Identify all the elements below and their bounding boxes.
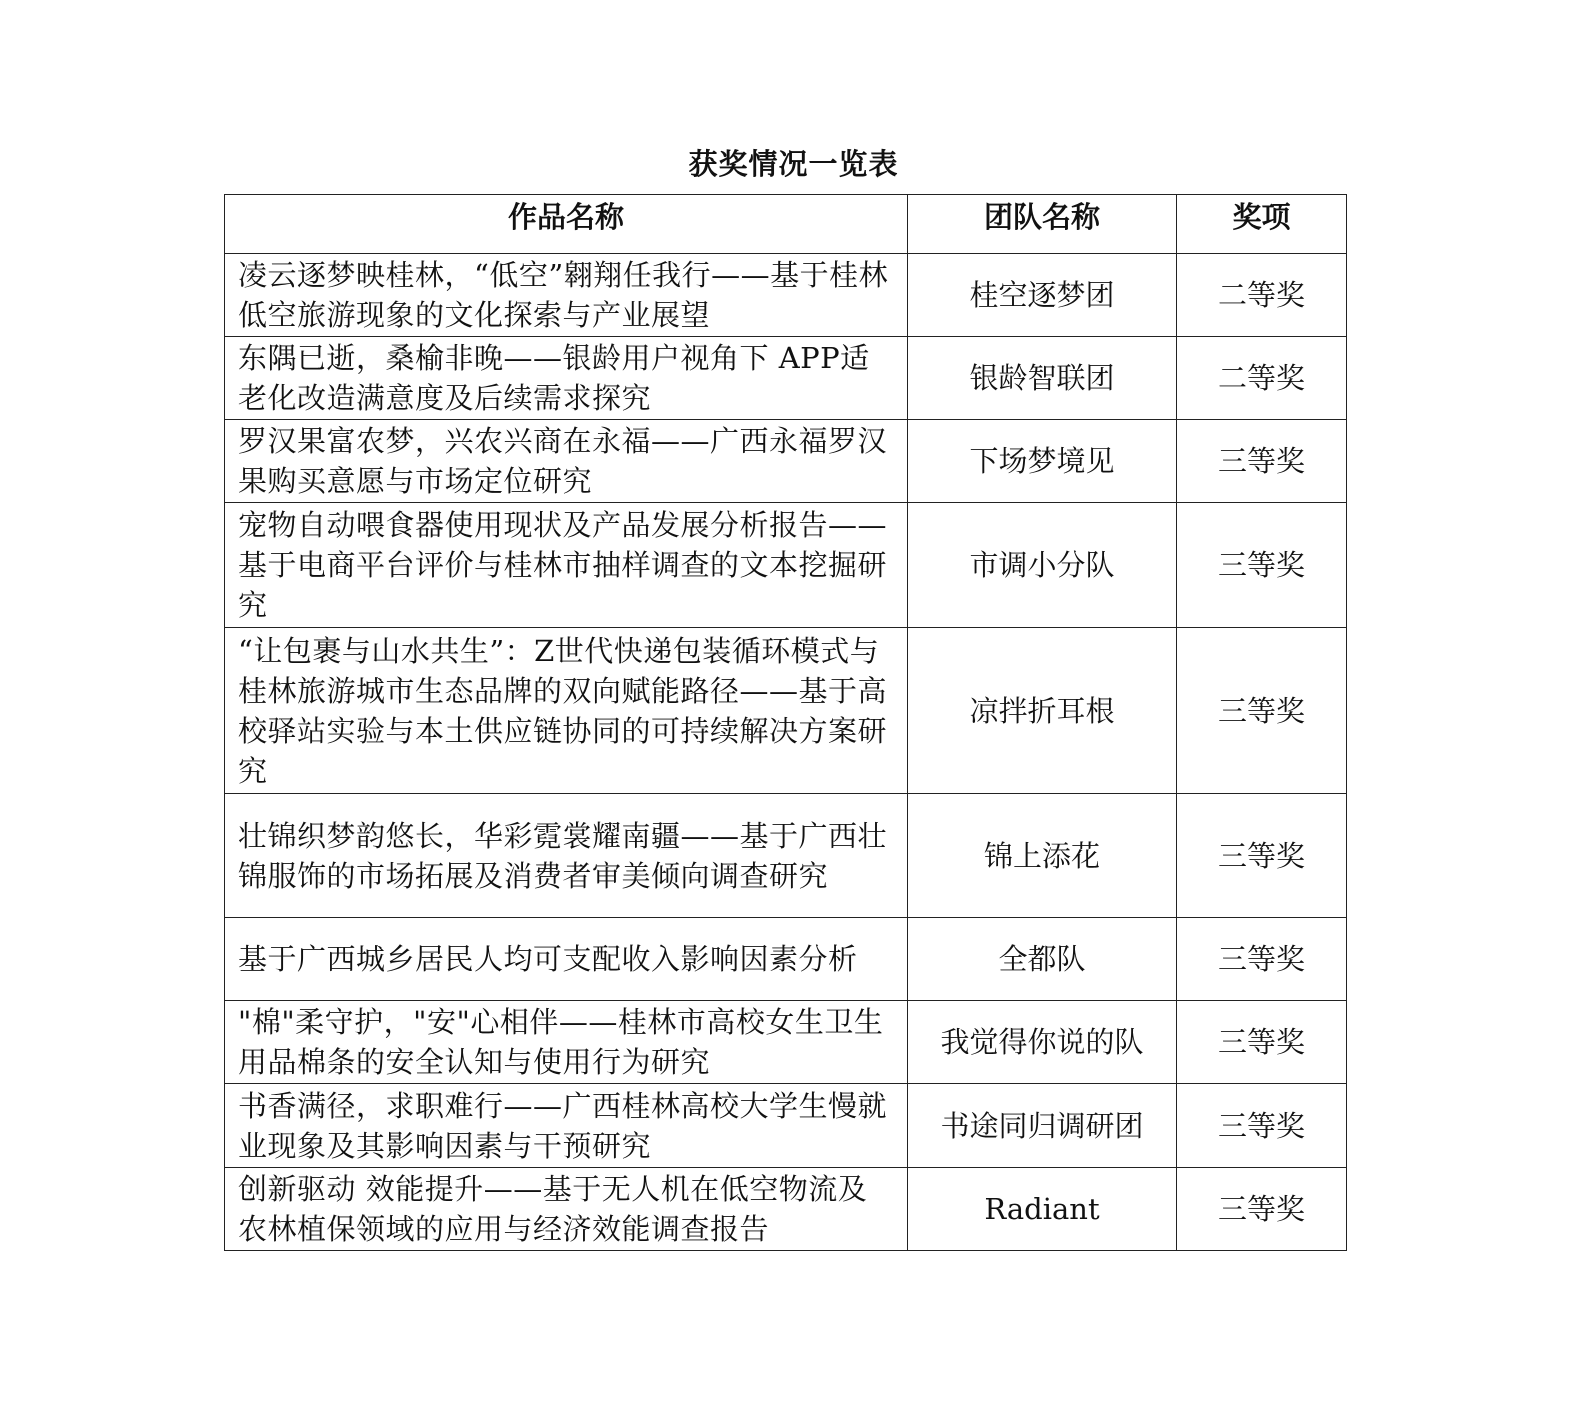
awards-table: 作品名称 团队名称 奖项 凌云逐梦映桂林，“低空”翱翔任我行——基于桂林低空旅游… — [224, 194, 1347, 1251]
table-row: 宠物自动喂食器使用现状及产品发展分析报告——基于电商平台评价与桂林市抽样调查的文… — [225, 503, 1347, 628]
award-cell: 三等奖 — [1177, 1001, 1347, 1084]
table-header-row: 作品名称 团队名称 奖项 — [225, 195, 1347, 254]
team-name-cell: 书途同归调研团 — [908, 1084, 1177, 1168]
work-name-cell: 宠物自动喂食器使用现状及产品发展分析报告——基于电商平台评价与桂林市抽样调查的文… — [225, 503, 908, 628]
award-cell: 三等奖 — [1177, 503, 1347, 628]
work-name-cell: 东隅已逝，桑榆非晚——银龄用户视角下 APP适老化改造满意度及后续需求探究 — [225, 337, 908, 420]
team-name-cell: 凉拌折耳根 — [908, 628, 1177, 794]
team-name-cell: 全都队 — [908, 918, 1177, 1001]
work-name-cell: 凌云逐梦映桂林，“低空”翱翔任我行——基于桂林低空旅游现象的文化探索与产业展望 — [225, 254, 908, 337]
table-row: 基于广西城乡居民人均可支配收入影响因素分析全都队三等奖 — [225, 918, 1347, 1001]
header-team-name: 团队名称 — [908, 195, 1177, 254]
team-name-cell: 锦上添花 — [908, 794, 1177, 918]
team-name-cell: 下场梦境见 — [908, 420, 1177, 503]
table-row: 创新驱动 效能提升——基于无人机在低空物流及农林植保领域的应用与经济效能调查报告… — [225, 1168, 1347, 1251]
award-cell: 三等奖 — [1177, 794, 1347, 918]
team-name-cell: 银龄智联团 — [908, 337, 1177, 420]
table-row: 东隅已逝，桑榆非晚——银龄用户视角下 APP适老化改造满意度及后续需求探究银龄智… — [225, 337, 1347, 420]
team-name-cell: 桂空逐梦团 — [908, 254, 1177, 337]
work-name-cell: 罗汉果富农梦，兴农兴商在永福——广西永福罗汉果购买意愿与市场定位研究 — [225, 420, 908, 503]
award-cell: 二等奖 — [1177, 254, 1347, 337]
work-name-cell: 书香满径，求职难行——广西桂林高校大学生慢就业现象及其影响因素与干预研究 — [225, 1084, 908, 1168]
table-row: 壮锦织梦韵悠长，华彩霓裳耀南疆——基于广西壮锦服饰的市场拓展及消费者审美倾向调查… — [225, 794, 1347, 918]
table-row: 罗汉果富农梦，兴农兴商在永福——广西永福罗汉果购买意愿与市场定位研究下场梦境见三… — [225, 420, 1347, 503]
team-name-cell: 市调小分队 — [908, 503, 1177, 628]
award-cell: 三等奖 — [1177, 420, 1347, 503]
award-cell: 三等奖 — [1177, 918, 1347, 1001]
work-name-cell: 壮锦织梦韵悠长，华彩霓裳耀南疆——基于广西壮锦服饰的市场拓展及消费者审美倾向调查… — [225, 794, 908, 918]
work-name-cell: “让包裹与山水共生”：Z世代快递包装循环模式与桂林旅游城市生态品牌的双向赋能路径… — [225, 628, 908, 794]
header-work-name: 作品名称 — [225, 195, 908, 254]
work-name-cell: 基于广西城乡居民人均可支配收入影响因素分析 — [225, 918, 908, 1001]
award-cell: 三等奖 — [1177, 1084, 1347, 1168]
header-award: 奖项 — [1177, 195, 1347, 254]
team-name-cell: 我觉得你说的队 — [908, 1001, 1177, 1084]
table-row: “让包裹与山水共生”：Z世代快递包装循环模式与桂林旅游城市生态品牌的双向赋能路径… — [225, 628, 1347, 794]
table-row: 凌云逐梦映桂林，“低空”翱翔任我行——基于桂林低空旅游现象的文化探索与产业展望桂… — [225, 254, 1347, 337]
work-name-cell: 创新驱动 效能提升——基于无人机在低空物流及农林植保领域的应用与经济效能调查报告 — [225, 1168, 908, 1251]
award-cell: 三等奖 — [1177, 1168, 1347, 1251]
work-name-cell: "棉"柔守护，"安"心相伴——桂林市高校女生卫生用品棉条的安全认知与使用行为研究 — [225, 1001, 908, 1084]
award-cell: 二等奖 — [1177, 337, 1347, 420]
team-name-cell: Radiant — [908, 1168, 1177, 1251]
table-row: "棉"柔守护，"安"心相伴——桂林市高校女生卫生用品棉条的安全认知与使用行为研究… — [225, 1001, 1347, 1084]
page-title: 获奖情况一览表 — [0, 142, 1587, 183]
award-cell: 三等奖 — [1177, 628, 1347, 794]
table-row: 书香满径，求职难行——广西桂林高校大学生慢就业现象及其影响因素与干预研究书途同归… — [225, 1084, 1347, 1168]
